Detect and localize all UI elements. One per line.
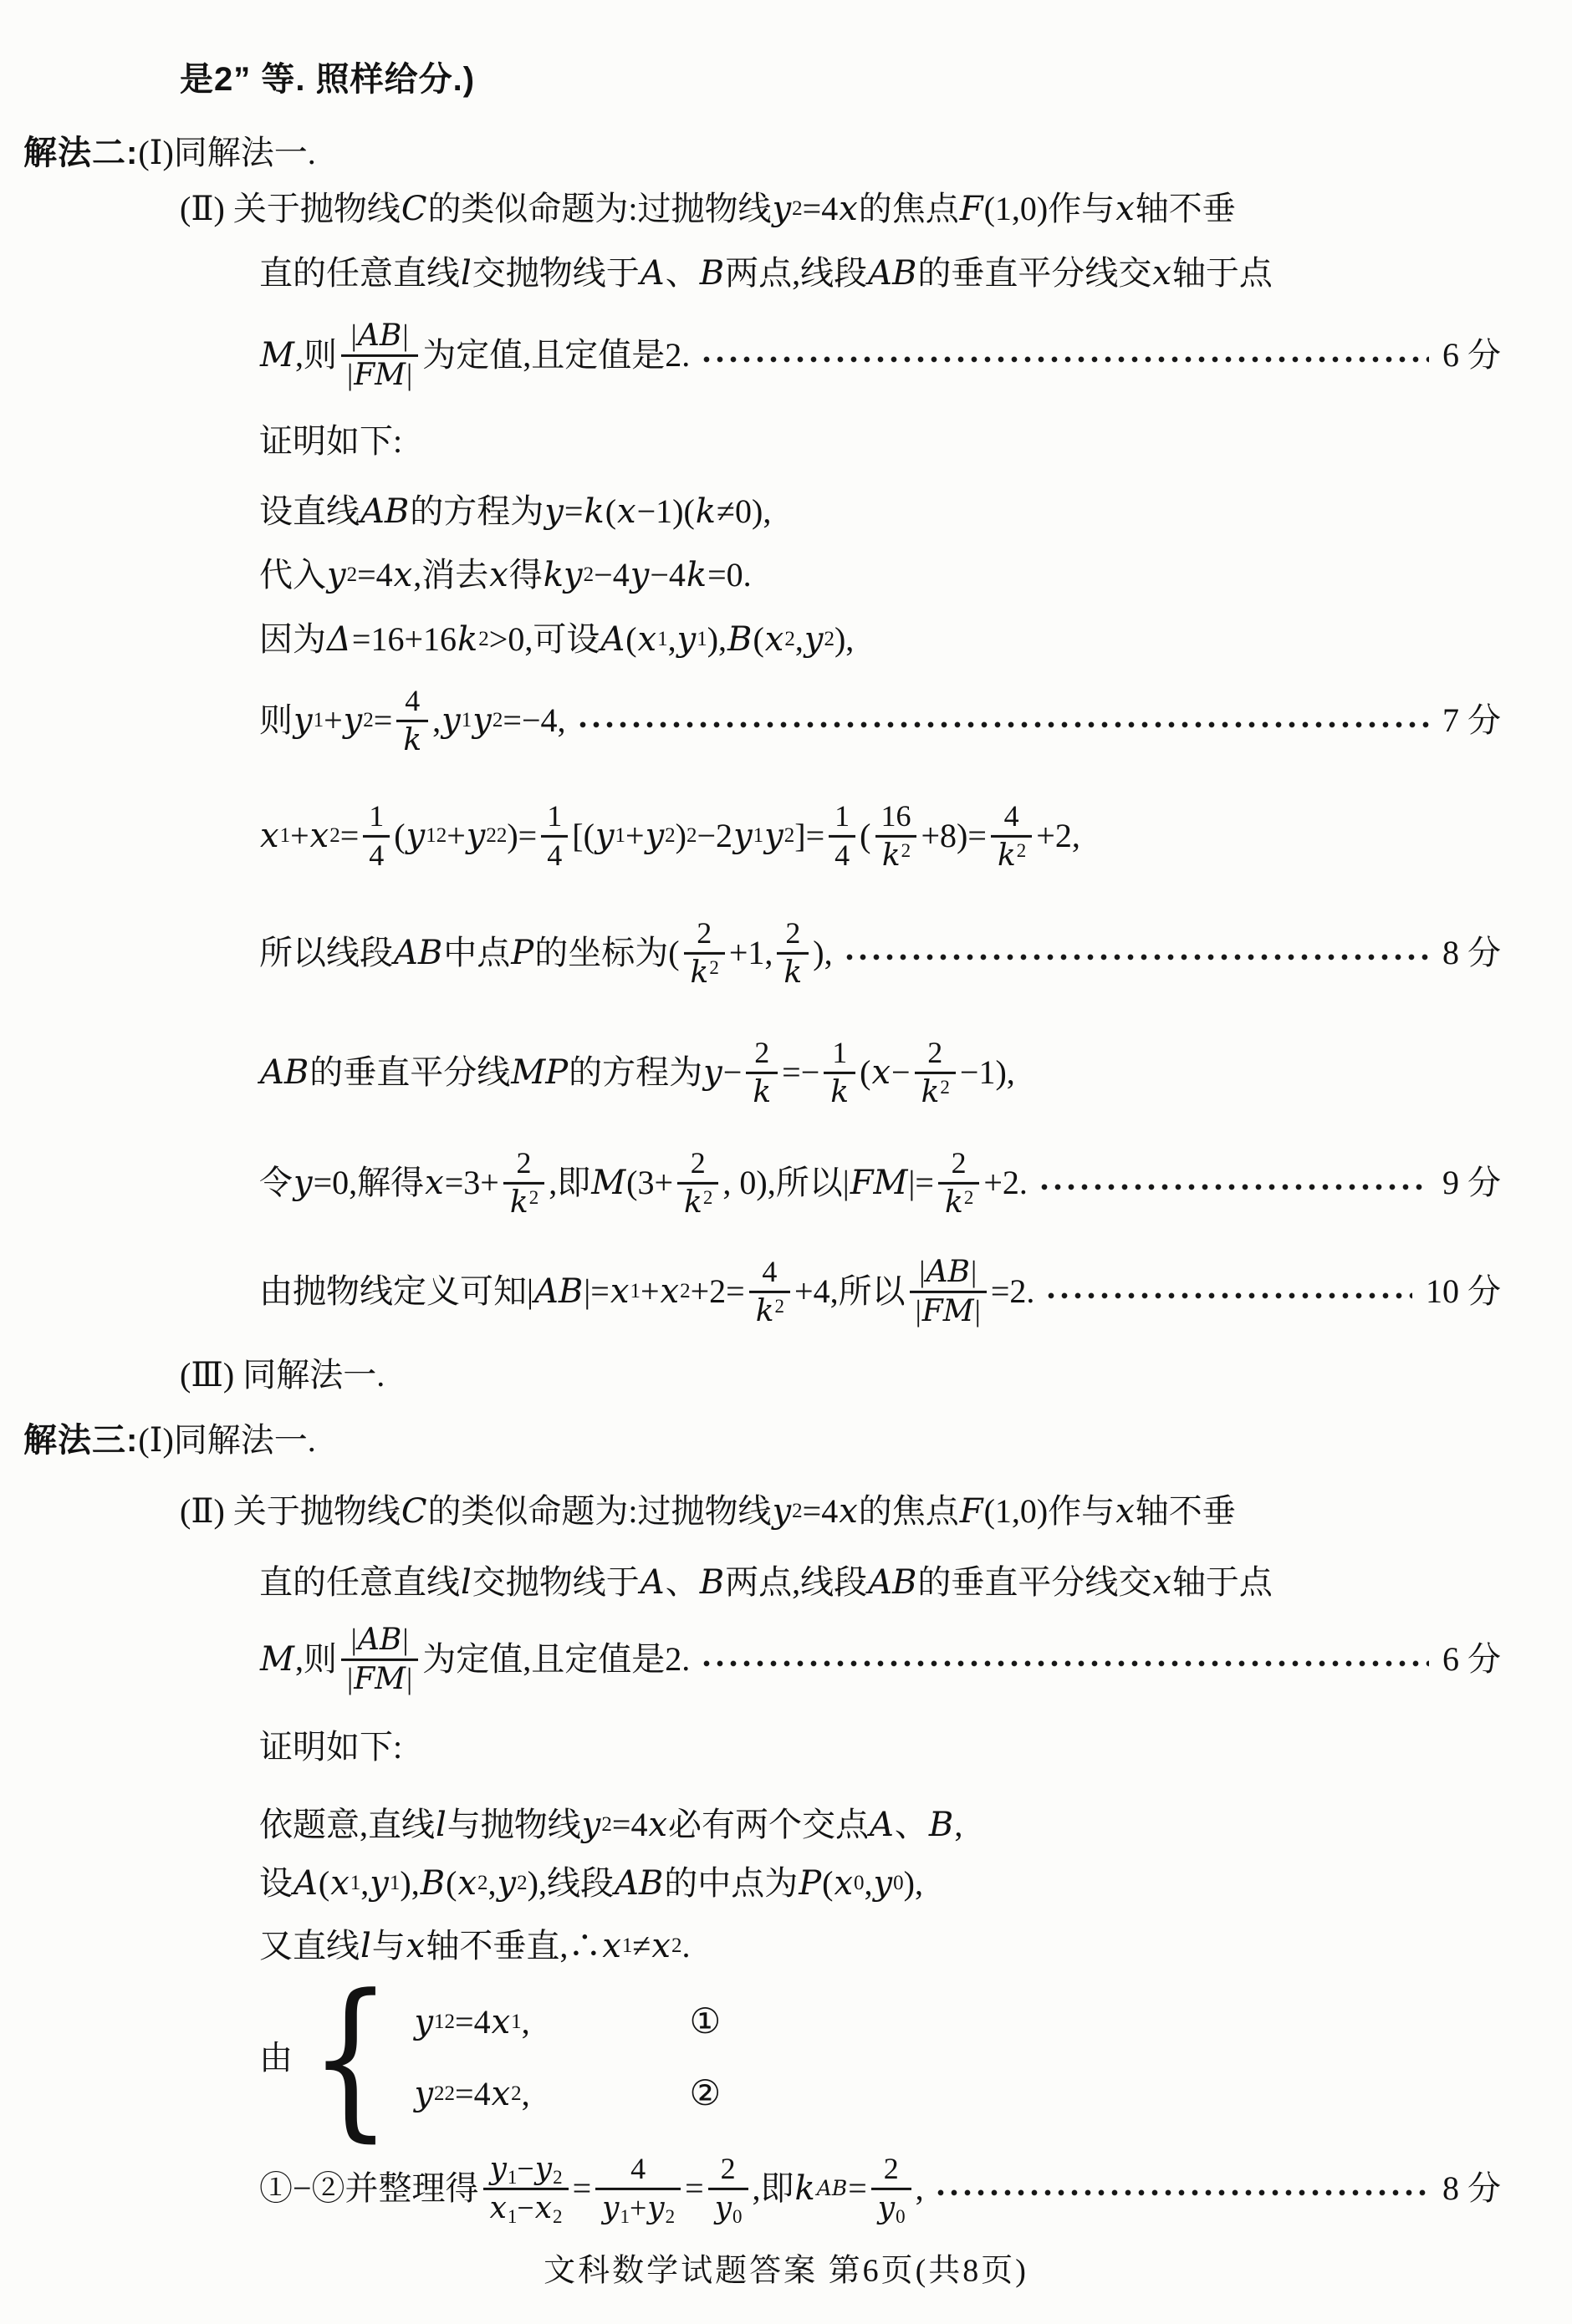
line-content: 直的任意直线 l 交抛物线于 A、B 两点,线段 AB 的垂直平分线交 x 轴于… — [259, 252, 1273, 294]
score-label: 9 分 — [1442, 1162, 1501, 1204]
fraction: 2k — [746, 1037, 778, 1108]
m2-step-line-eq: 设直线 AB 的方程为 y=k(x−1)(k≠0), — [259, 491, 1501, 533]
fraction: 2k — [777, 917, 809, 989]
method2-heading: 解法二:(Ⅰ)同解法一. — [23, 132, 1501, 174]
m3-proof-title: 证明如下: — [259, 1726, 1501, 1768]
document-page: 是2” 等. 照样给分.)解法二:(Ⅰ)同解法一.(Ⅱ) 关于抛物线 C 的类似… — [0, 0, 1572, 2324]
line-content: 解法三:(Ⅰ)同解法一. — [23, 1419, 316, 1461]
score-label: 8 分 — [1442, 932, 1501, 974]
fraction: 4y1+y2 — [595, 2153, 681, 2225]
fraction: 2k2 — [915, 1037, 956, 1108]
line-content: 令 y=0,解得 x=3+2k2,即 M(3+2k2, 0),所以|FM|=2k… — [259, 1147, 1028, 1219]
fraction: 14 — [829, 800, 855, 872]
dot-leader — [700, 1658, 1429, 1669]
dot-leader — [1044, 1290, 1412, 1302]
fraction: 2k2 — [677, 1147, 718, 1219]
fraction: 1k — [824, 1037, 855, 1108]
line-content: 解法二:(Ⅰ)同解法一. — [23, 132, 316, 174]
line-content: (Ⅲ) 同解法一. — [180, 1354, 385, 1396]
m2-part2-line1: (Ⅱ) 关于抛物线 C 的类似命题为:过抛物线 y2=4x 的焦点 F(1,0)… — [180, 188, 1501, 230]
dot-leader — [700, 354, 1429, 365]
m2-step-bisector: AB 的垂直平分线 MP 的方程为 y−2k=−1k(x−2k2−1), — [259, 1037, 1501, 1108]
method3-heading: 解法三:(Ⅰ)同解法一. — [23, 1419, 1501, 1461]
case-equation: y12=4x1, — [413, 2001, 689, 2043]
line-content: 代入 y2=4x,消去 x 得 ky2−4y−4k=0. — [259, 554, 752, 596]
m2-part2-line3: M,则|AB||FM|为定值,且定值是2.6 分 — [259, 319, 1501, 391]
m3-step-slope: ①−②并整理得y1−y2x1−x2=4y1+y2=2y0,即 kAB=2y0,8… — [259, 2153, 1501, 2225]
cases-rows: y12=4x1,①y22=4x2,② — [413, 2000, 721, 2117]
dot-leader — [576, 719, 1429, 731]
m2-step-vieta: 则 y1+y2=4k,y1y2=−4,7 分 — [259, 685, 1501, 757]
line-content: (Ⅱ) 关于抛物线 C 的类似命题为:过抛物线 y2=4x 的焦点 F(1,0)… — [180, 188, 1236, 230]
fraction: |AB||FM| — [341, 1623, 418, 1695]
m2-step-x1px2: x1+x2=14(y12+y22)=14[(y1+y2)2−2y1y2]=14(… — [259, 800, 1501, 872]
m3-step-intersect: 依题意,直线 l 与抛物线 y2=4x 必有两个交点 A、B, — [259, 1804, 1501, 1846]
m3-step-setpoints: 设 A(x1,y1),B(x2,y2),线段 AB 的中点为 P(x0,y0), — [259, 1863, 1501, 1904]
case-equation: y22=4x2, — [413, 2073, 689, 2115]
fraction: 14 — [541, 800, 568, 872]
fraction: 2k2 — [938, 1147, 979, 1219]
heading-text: 是2” 等. 照样给分.) — [180, 59, 475, 100]
score-label: 8 分 — [1442, 2168, 1501, 2209]
line-content: 证明如下: — [259, 420, 402, 462]
m2-step-solve-m: 令 y=0,解得 x=3+2k2,即 M(3+2k2, 0),所以|FM|=2k… — [259, 1147, 1501, 1219]
line-content: 设 A(x1,y1),B(x2,y2),线段 AB 的中点为 P(x0,y0), — [259, 1863, 923, 1904]
heading-text: 解法三: — [23, 1419, 138, 1461]
m3-part2-line3: M,则|AB||FM|为定值,且定值是2.6 分 — [259, 1623, 1501, 1695]
m2-part2-line2: 直的任意直线 l 交抛物线于 A、B 两点,线段 AB 的垂直平分线交 x 轴于… — [259, 252, 1501, 294]
m2-part3: (Ⅲ) 同解法一. — [180, 1354, 1501, 1396]
note-line: 是2” 等. 照样给分.) — [180, 59, 1501, 100]
score-label: 6 分 — [1442, 334, 1501, 376]
left-brace: { — [309, 1988, 391, 2128]
line-content: 所以线段 AB 中点 P 的坐标为(2k2+1, 2k), — [259, 917, 833, 989]
m2-step-substitute: 代入 y2=4x,消去 x 得 ky2−4y−4k=0. — [259, 554, 1501, 596]
fraction: 2k2 — [503, 1147, 544, 1219]
equation-number-label: ① — [689, 2000, 721, 2045]
m2-step-midpoint: 所以线段 AB 中点 P 的坐标为(2k2+1, 2k),8 分 — [259, 917, 1501, 989]
m2-proof-title: 证明如下: — [259, 420, 1501, 462]
score-label: 10 分 — [1426, 1271, 1501, 1312]
cases-row: y12=4x1,① — [413, 2000, 721, 2045]
line-content: ①−②并整理得y1−y2x1−x2=4y1+y2=2y0,即 kAB=2y0, — [259, 2153, 924, 2225]
cases-intro: 由 — [259, 2037, 293, 2079]
line-content: (Ⅱ) 关于抛物线 C 的类似命题为:过抛物线 y2=4x 的焦点 F(1,0)… — [180, 1491, 1236, 1532]
dot-leader — [934, 2187, 1429, 2199]
score-label: 6 分 — [1442, 1639, 1501, 1680]
equation-number-label: ② — [689, 2072, 721, 2117]
cases-row: y22=4x2,② — [413, 2072, 721, 2117]
page-footer: 文科数学试题答案 第6页(共8页) — [0, 2245, 1572, 2291]
m2-step-discriminant: 因为 Δ=16+16k2>0,可设 A(x1,y1),B(x2,y2), — [259, 619, 1501, 660]
line-content: 直的任意直线 l 交抛物线于 A、B 两点,线段 AB 的垂直平分线交 x 轴于… — [259, 1562, 1273, 1603]
line-content: AB 的垂直平分线 MP 的方程为 y−2k=−1k(x−2k2−1), — [259, 1037, 1015, 1108]
line-content: 因为 Δ=16+16k2>0,可设 A(x1,y1),B(x2,y2), — [259, 619, 854, 660]
fraction: |AB||FM| — [341, 319, 418, 391]
fraction: 16k2 — [875, 800, 917, 872]
line-content: 由抛物线定义可知|AB|=x1+x2+2=4k2+4,所以|AB||FM|=2. — [259, 1256, 1034, 1328]
line-content: M,则|AB||FM|为定值,且定值是2. — [259, 1623, 690, 1695]
fraction: 14 — [363, 800, 390, 872]
line-content: 是2” 等. 照样给分.) — [180, 59, 475, 100]
fraction: |AB||FM| — [910, 1256, 987, 1328]
dot-leader — [1038, 1181, 1429, 1193]
fraction: 2k2 — [684, 917, 725, 989]
fraction: 4k — [396, 685, 428, 757]
m3-part2-line1: (Ⅱ) 关于抛物线 C 的类似命题为:过抛物线 y2=4x 的焦点 F(1,0)… — [180, 1491, 1501, 1532]
m2-step-conclusion: 由抛物线定义可知|AB|=x1+x2+2=4k2+4,所以|AB||FM|=2.… — [259, 1256, 1501, 1328]
m3-part2-line2: 直的任意直线 l 交抛物线于 A、B 两点,线段 AB 的垂直平分线交 x 轴于… — [259, 1562, 1501, 1603]
line-content: x1+x2=14(y12+y22)=14[(y1+y2)2−2y1y2]=14(… — [259, 800, 1080, 872]
dot-leader — [843, 951, 1429, 963]
line-content: 设直线 AB 的方程为 y=k(x−1)(k≠0), — [259, 491, 771, 533]
line-content: 证明如下: — [259, 1726, 402, 1768]
line-content: 则 y1+y2=4k,y1y2=−4, — [259, 685, 566, 757]
fraction: 4k2 — [991, 800, 1032, 872]
equation-system: 由{y12=4x1,①y22=4x2,② — [259, 1988, 721, 2128]
fraction: y1−y2x1−x2 — [483, 2153, 569, 2225]
m3-equation-system: 由{y12=4x1,①y22=4x2,② — [259, 1988, 1501, 2128]
fraction: 2y0 — [708, 2153, 748, 2225]
m3-step-notvertical: 又直线 l 与 x 轴不垂直,∴x1≠x2. — [259, 1925, 1501, 1967]
line-content: M,则|AB||FM|为定值,且定值是2. — [259, 319, 690, 391]
fraction: 2y0 — [871, 2153, 911, 2225]
heading-text: 解法二: — [23, 132, 138, 174]
line-content: 依题意,直线 l 与抛物线 y2=4x 必有两个交点 A、B, — [259, 1804, 962, 1846]
fraction: 4k2 — [749, 1256, 790, 1328]
score-label: 7 分 — [1442, 700, 1501, 742]
